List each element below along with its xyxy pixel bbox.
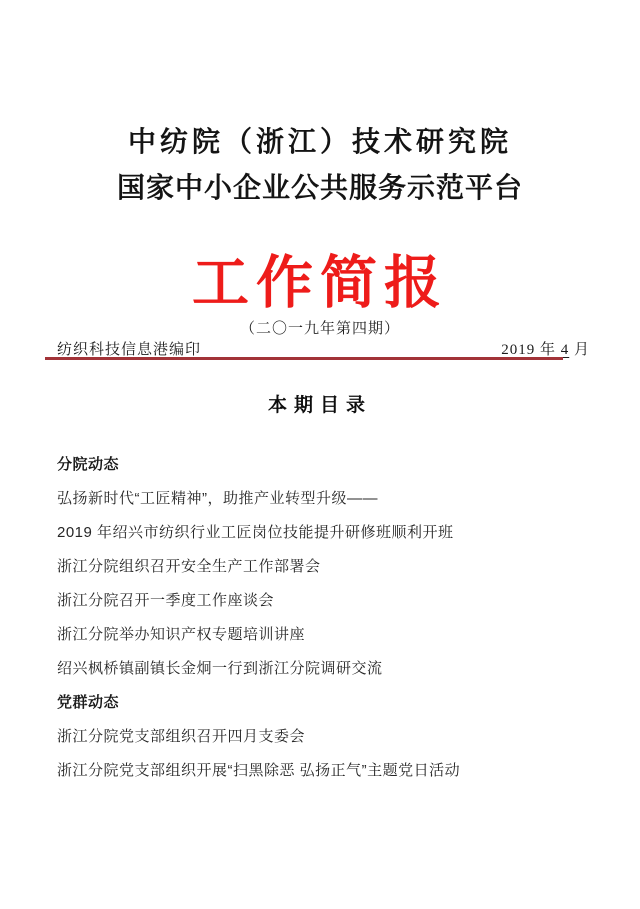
toc-item: 浙江分院组织召开安全生产工作部署会 bbox=[57, 550, 604, 584]
toc-list: 分院动态 弘扬新时代“工匠精神”，助推产业转型升级—— 2019 年绍兴市纺织行… bbox=[57, 448, 604, 788]
toc-item: 2019 年绍兴市纺织行业工匠岗位技能提升研修班顺利开班 bbox=[57, 516, 604, 550]
toc-item: 绍兴枫桥镇副镇长金炯一行到浙江分院调研交流 bbox=[57, 652, 604, 686]
publish-date-suffix: 月 bbox=[569, 342, 590, 358]
toc-section-heading: 党群动态 bbox=[57, 686, 604, 720]
toc-item: 浙江分院党支部组织召开四月支委会 bbox=[57, 720, 604, 754]
red-rule-divider bbox=[45, 357, 563, 360]
publish-date: 2019 年 4 月 bbox=[501, 338, 590, 359]
toc-title: 本期目录 bbox=[0, 390, 640, 417]
toc-item: 浙江分院举办知识产权专题培训讲座 bbox=[57, 618, 604, 652]
publisher: 纺织科技信息港编印 bbox=[57, 338, 201, 359]
bulletin-title: 工作简报 bbox=[0, 237, 640, 319]
toc-item: 浙江分院召开一季度工作座谈会 bbox=[57, 584, 604, 618]
document-page: 中纺院（浙江）技术研究院 国家中小企业公共服务示范平台 工作简报 （二〇一九年第… bbox=[0, 0, 640, 909]
org-title-line1: 中纺院（浙江）技术研究院 bbox=[0, 120, 640, 160]
toc-item: 浙江分院党支部组织开展“扫黑除恶 弘扬正气”主题党日活动 bbox=[57, 754, 604, 788]
org-title-line2: 国家中小企业公共服务示范平台 bbox=[0, 166, 640, 206]
toc-item: 弘扬新时代“工匠精神”，助推产业转型升级—— bbox=[57, 482, 604, 516]
issue-number: （二〇一九年第四期） bbox=[0, 317, 640, 338]
publish-date-underlined: 2019 年 4 bbox=[501, 342, 569, 358]
meta-row: 纺织科技信息港编印 2019 年 4 月 bbox=[57, 338, 590, 359]
toc-section-heading: 分院动态 bbox=[57, 448, 604, 482]
